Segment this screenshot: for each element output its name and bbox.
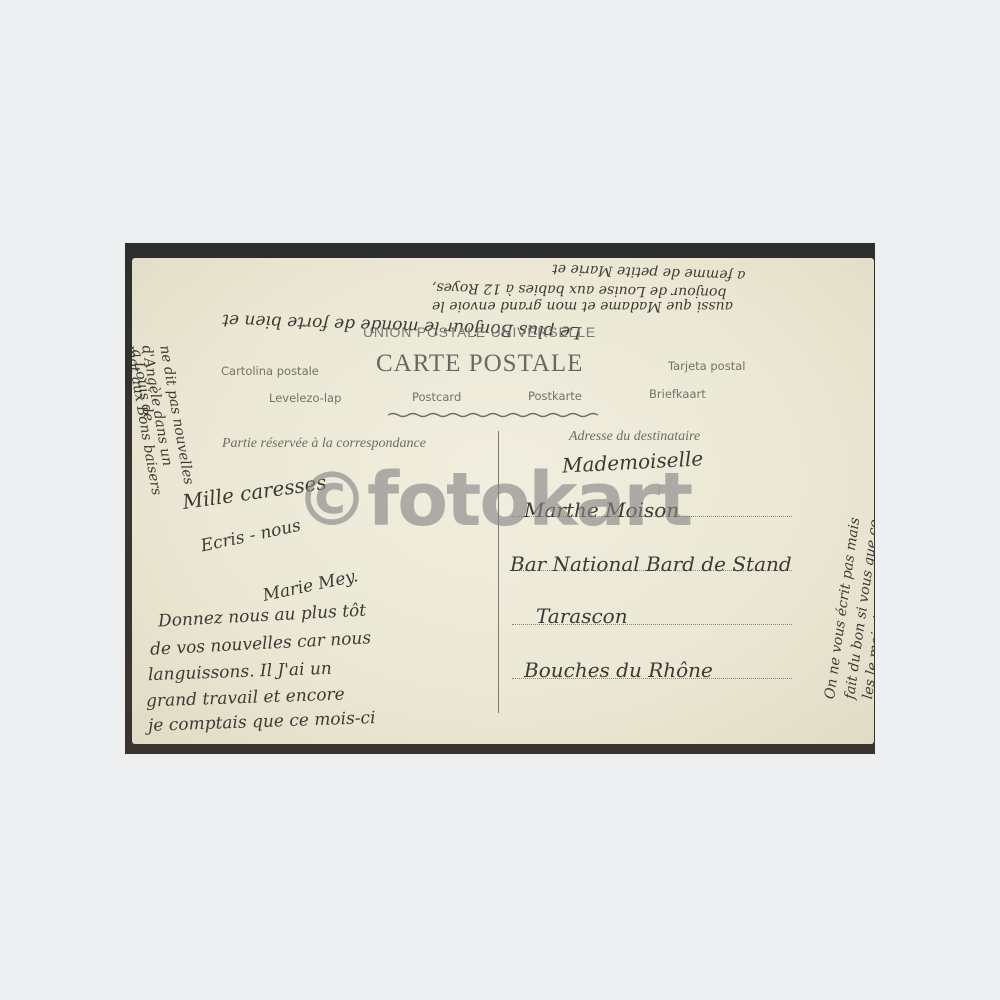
- handwriting-ecris-nous: Ecris - nous: [199, 516, 303, 557]
- handwriting-body-1: Donnez nous au plus tôt: [158, 601, 367, 632]
- carte-postale-title: CARTE POSTALE: [376, 350, 583, 378]
- address-section-label: Adresse du destinataire: [569, 429, 700, 445]
- label-postcard: Postcard: [412, 390, 461, 404]
- address-street: Bar National Bard de Stand: [510, 552, 792, 576]
- handwriting-body-3: languissons. Il J'ai un: [148, 659, 332, 685]
- address-city: Tarascon: [536, 604, 628, 628]
- label-levelezo-lap: Levelezo-lap: [269, 391, 341, 405]
- label-briefkaart: Briefkaart: [649, 387, 706, 401]
- union-postale-header: UNION POSTALE UNIVERSELLE: [363, 324, 596, 340]
- label-postkarte: Postkarte: [528, 389, 582, 403]
- correspondence-section-label: Partie réservée à la correspondance: [222, 436, 426, 452]
- handwriting-signature: Marie Mey.: [261, 566, 360, 606]
- wavy-rule: [388, 411, 598, 419]
- label-cartolina-postale: Cartolina postale: [221, 364, 319, 378]
- handwriting-body-5: je comptais que ce mois-ci: [148, 708, 376, 736]
- handwriting-body-4: grand travail et encore: [146, 685, 345, 712]
- label-tarjeta-postal: Tarjeta postal: [668, 359, 745, 373]
- fotokart-watermark: ©fotokart: [295, 457, 691, 543]
- handwriting-body-2: de vos nouvelles car nous: [150, 628, 372, 660]
- handwriting-top-line-3: aussi que Madame et mon grand envoie le: [432, 298, 733, 314]
- address-region: Bouches du Rhône: [524, 658, 713, 682]
- handwriting-top-line-1: a femme de petite Marie et: [552, 261, 746, 284]
